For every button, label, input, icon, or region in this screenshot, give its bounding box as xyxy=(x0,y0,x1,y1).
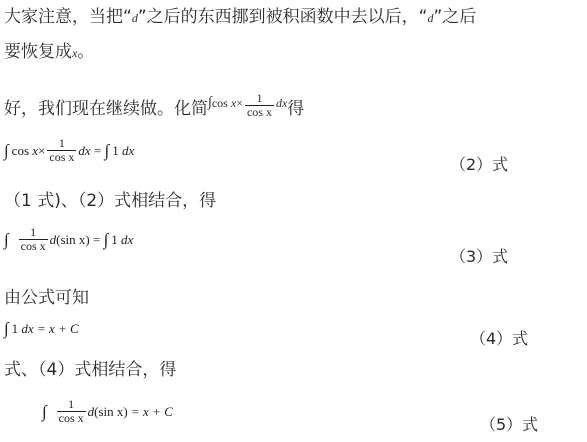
times: × xyxy=(38,143,45,159)
integral-sign: ∫ xyxy=(105,141,110,161)
equals: = xyxy=(94,143,101,159)
cos: cos xyxy=(12,143,29,159)
text: 好，我们现在继续做。化简 xyxy=(4,99,208,119)
equation-label-3: （3）式 xyxy=(450,244,508,267)
inline-integral: ∫cos x×1cos xdx xyxy=(208,92,287,119)
text: 要恢复成 xyxy=(4,42,72,62)
fraction: 1cos x xyxy=(57,398,86,425)
paragraph-line-1: 大家注意，当把“d”之后的东西挪到被积函数中去以后，“d”之后 xyxy=(4,6,476,29)
combine-2-text: 式、（4）式相结合，得 xyxy=(4,359,176,381)
equation-3: ∫ 1cos x d(sin x) = ∫1 dx xyxy=(4,226,133,253)
integral-sign: ∫ xyxy=(104,230,109,250)
arg: (sin x) xyxy=(56,232,90,248)
dx: dx xyxy=(21,321,33,337)
equation-label-2: （2）式 xyxy=(450,152,508,175)
equation-label-4: （4）式 xyxy=(470,326,528,349)
fraction: 1cos x xyxy=(19,226,48,253)
text: ”之后的东西挪到被积函数中去以后，“ xyxy=(138,7,428,27)
text: 得 xyxy=(287,99,304,119)
rhs: = x + C xyxy=(37,321,79,337)
fraction: 1cos x xyxy=(47,137,76,164)
dx: dx xyxy=(122,143,134,159)
integral-sign: ∫ xyxy=(4,141,9,161)
text: ”之后 xyxy=(433,7,476,27)
text: 大家注意，当把“ xyxy=(4,7,132,27)
dx: dx xyxy=(121,232,133,248)
paragraph-simplify: 好，我们现在继续做。化简∫cos x×1cos xdx得 xyxy=(4,92,304,120)
integral-sign: ∫ xyxy=(42,402,47,422)
one: 1 xyxy=(112,143,119,159)
formula-known-text: 由公式可知 xyxy=(4,287,89,309)
equation-5: ∫ 1cos x d(sin x) = x + C xyxy=(42,398,173,425)
rhs: = x + C xyxy=(131,404,173,420)
equals: = xyxy=(93,232,100,248)
equation-4: ∫1 dx = x + C xyxy=(4,319,79,339)
arg: (sin x) xyxy=(94,404,128,420)
combine-1-text: （1 式)、（2）式相结合，得 xyxy=(4,190,216,212)
integral-sign: ∫ xyxy=(4,319,9,339)
paragraph-line-2: 要恢复成x。 xyxy=(4,41,94,64)
one: 1 xyxy=(12,321,19,337)
dx: dx xyxy=(78,143,90,159)
equation-label-5: （5）式 xyxy=(480,412,538,435)
integral-sign: ∫ xyxy=(4,230,9,250)
one: 1 xyxy=(111,232,118,248)
equation-2: ∫ cos x× 1cos x dx = ∫1 dx xyxy=(4,137,134,164)
text: 。 xyxy=(77,42,94,62)
